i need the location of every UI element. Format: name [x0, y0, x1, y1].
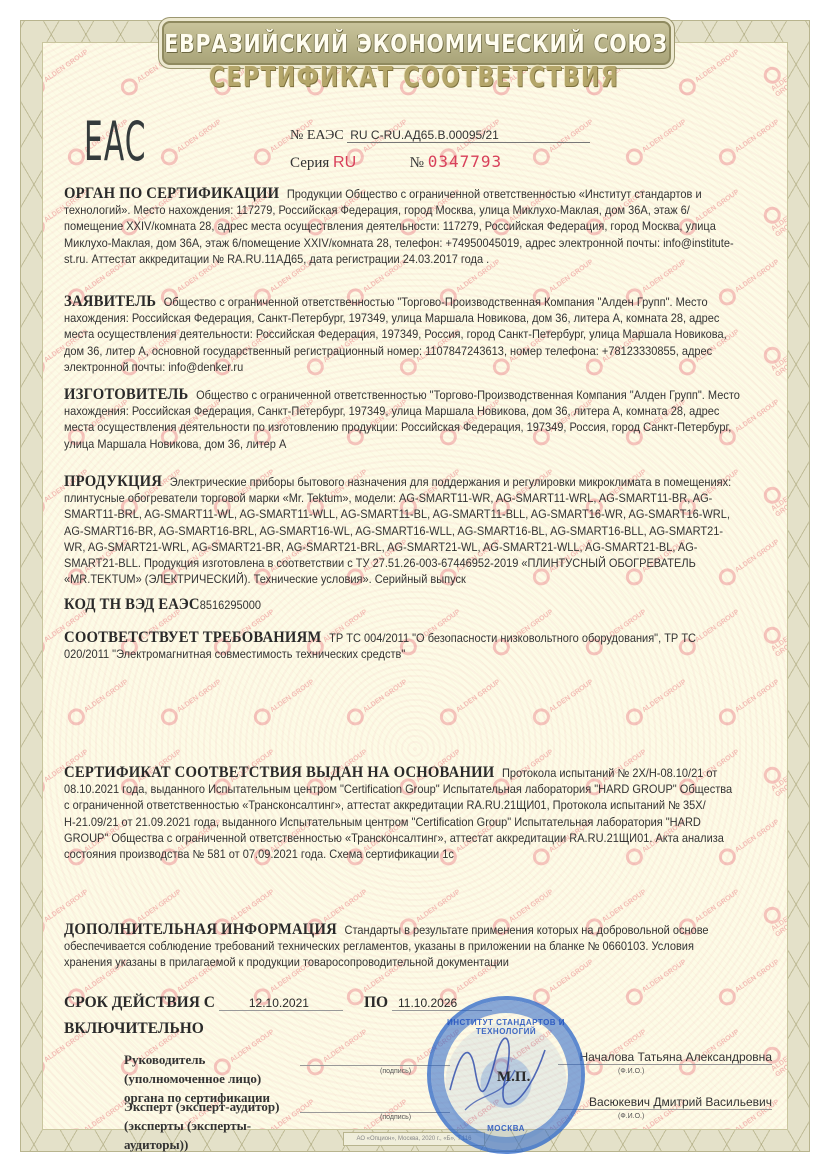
section-heading: ДОПОЛНИТЕЛЬНАЯ ИНФОРМАЦИЯ — [64, 921, 337, 938]
expert-label: Эксперт (эксперт-аудитор) (эксперты (экс… — [124, 1097, 314, 1154]
watermark-logo-icon: ALDEN GROUP — [158, 674, 226, 728]
union-title: ЕВРАЗИЙСКИЙ ЭКОНОМИЧЕСКИЙ СОЮЗ — [165, 29, 669, 58]
section-additional-info: ДОПОЛНИТЕЛЬНАЯ ИНФОРМАЦИЯСтандарты в рез… — [64, 922, 740, 972]
section-applicant: ЗАЯВИТЕЛЬОбщество с ограниченной ответст… — [64, 294, 740, 376]
document-title-wrap: СЕРТИФИКАТ СООТВЕТСТВИЯ — [0, 60, 829, 93]
section-product: ПРОДУКЦИЯЭлектрические приборы бытового … — [64, 474, 740, 588]
section-heading: ИЗГОТОВИТЕЛЬ — [64, 386, 188, 403]
validity-to-label: ПО — [364, 994, 388, 1011]
validity-period: СРОК ДЕЙСТВИЯ С 12.10.2021 ПО 11.10.2026… — [64, 994, 343, 1038]
section-heading: СЕРТИФИКАТ СООТВЕТСТВИЯ ВЫДАН НА ОСНОВАН… — [64, 764, 494, 781]
registration-number: № ЕАЭС RU C-RU.АД65.В.00095/21 — [290, 128, 590, 144]
eac-logo-icon: EAC — [84, 110, 147, 173]
watermark-logo-icon: ALDEN GROUP — [158, 114, 226, 168]
expert-name: Васюкевич Дмитрий Васильевич — [558, 1095, 772, 1110]
watermark-logo-icon: ALDEN GROUP — [344, 674, 412, 728]
blank-number-value: 0347793 — [428, 152, 502, 171]
watermark-logo-icon: ALDEN GROUP — [760, 898, 788, 938]
section-heading: ОРГАН ПО СЕРТИФИКАЦИИ — [64, 185, 279, 202]
section-text: Общество с ограниченной ответственностью… — [64, 296, 727, 374]
series-number: Серия RU № 0347793 — [290, 152, 502, 172]
section-heading: ПРОДУКЦИЯ — [64, 473, 162, 490]
watermark-logo-icon: ALDEN GROUP — [251, 674, 319, 728]
validity-from-date: 12.10.2021 — [219, 996, 343, 1011]
watermark-logo-icon: ALDEN GROUP — [623, 674, 691, 728]
document-title: СЕРТИФИКАТ СООТВЕТСТВИЯ — [209, 60, 619, 93]
watermark-logo-icon: ALDEN GROUP — [760, 618, 788, 658]
section-text: Электрические приборы бытового назначени… — [64, 476, 731, 586]
section-certification-body: ОРГАН ПО СЕРТИФИКАЦИИПродукции Общество … — [64, 186, 740, 268]
section-issue-basis: СЕРТИФИКАТ СООТВЕТСТВИЯ ВЫДАН НА ОСНОВАН… — [64, 765, 740, 863]
registration-label: № ЕАЭС — [290, 128, 344, 143]
watermark-logo-icon: ALDEN GROUP — [65, 1094, 133, 1130]
expert-signature-hint: (подпись) — [380, 1114, 411, 1121]
watermark-logo-icon: ALDEN GROUP — [530, 674, 598, 728]
series-value: RU — [333, 154, 356, 171]
watermark-logo-icon: ALDEN GROUP — [760, 338, 788, 378]
section-manufacturer: ИЗГОТОВИТЕЛЬОбщество с ограниченной отве… — [64, 387, 740, 453]
watermark-logo-icon: ALDEN GROUP — [65, 674, 133, 728]
section-text: Протокола испытаний № 2Х/Н-08.10/21 от 0… — [64, 767, 732, 861]
expert-signature-line — [300, 1112, 450, 1113]
section-heading: СООТВЕТСТВУЕТ ТРЕБОВАНИЯМ — [64, 629, 321, 646]
head-signatory-name: Началова Татьяна Александровна — [558, 1050, 772, 1065]
section-hs-code: КОД ТН ВЭД ЕАЭС8516295000 — [64, 597, 740, 614]
section-requirements: СООТВЕТСТВУЕТ ТРЕБОВАНИЯМТР ТС 004/2011 … — [64, 630, 740, 663]
series-label: Серия — [290, 155, 329, 171]
watermark-logo-icon: ALDEN GROUP — [437, 674, 505, 728]
watermark-logo-icon: ALDEN GROUP — [716, 114, 784, 168]
union-title-banner: ЕВРАЗИЙСКИЙ ЭКОНОМИЧЕСКИЙ СОЮЗ — [162, 21, 671, 65]
validity-inclusive: ВКЛЮЧИТЕЛЬНО — [64, 1020, 343, 1038]
watermark-logo-icon: ALDEN GROUP — [760, 478, 788, 518]
watermark-logo-icon: ALDEN GROUP — [716, 674, 784, 728]
head-name-hint: (Ф.И.О.) — [618, 1068, 644, 1075]
stamp-bottom-text: МОСКВА — [431, 1124, 581, 1133]
section-heading: ЗАЯВИТЕЛЬ — [64, 293, 156, 310]
blank-number-label: № — [410, 155, 424, 171]
validity-from-label: СРОК ДЕЙСТВИЯ С — [64, 994, 215, 1011]
head-signature-hint: (подпись) — [380, 1068, 411, 1075]
section-text: 8516295000 — [200, 599, 261, 612]
section-heading: КОД ТН ВЭД ЕАЭС — [64, 596, 200, 613]
expert-name-hint: (Ф.И.О.) — [618, 1113, 644, 1120]
watermark-logo-icon: ALDEN GROUP — [623, 114, 691, 168]
registration-value: RU C-RU.АД65.В.00095/21 — [347, 128, 590, 143]
seal-place-label: М.П. — [497, 1069, 530, 1086]
watermark-logo-icon: ALDEN GROUP — [760, 198, 788, 238]
watermark-logo-icon: ALDEN GROUP — [760, 758, 788, 798]
